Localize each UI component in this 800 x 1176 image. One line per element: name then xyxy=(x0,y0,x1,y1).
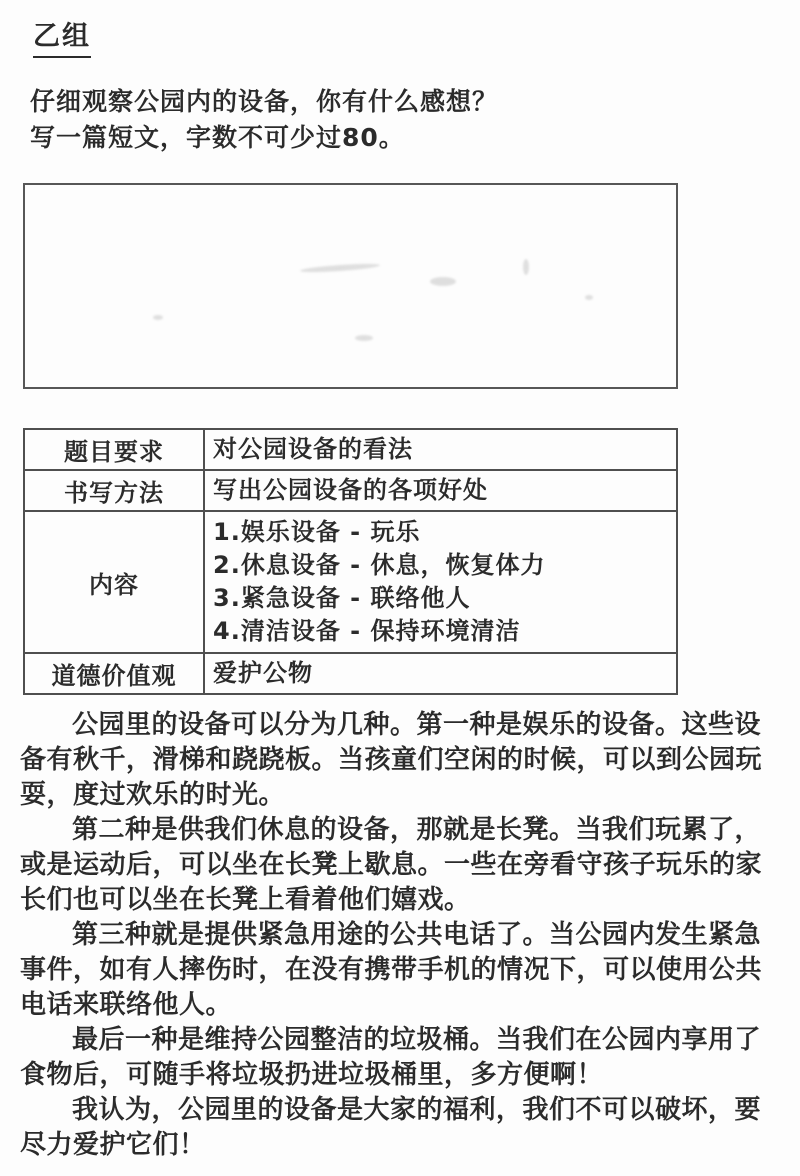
essay-paragraph-1: 公园里的设备可以分为几种。第一种是娱乐的设备。这些设备有秋千，滑梯和跷跷板。当孩… xyxy=(20,708,784,813)
worksheet-page: 乙组 仔细观察公园内的设备，你有什么感想？ 写一篇短文，字数不可少过80。 题目… xyxy=(0,0,800,1176)
table-row-content: 内容 1.娱乐设备 - 玩乐 2.休息设备 - 休息，恢复体力 3.紧急设备 -… xyxy=(24,511,677,653)
row-label: 内容 xyxy=(24,511,204,653)
row-content: 爱护公物 xyxy=(204,653,677,694)
row-content: 1.娱乐设备 - 玩乐 2.休息设备 - 休息，恢复体力 3.紧急设备 - 联络… xyxy=(204,511,677,653)
row-label: 道德价值观 xyxy=(24,653,204,694)
table-row-method: 书写方法 写出公园设备的各项好处 xyxy=(24,470,677,511)
row-content: 写出公园设备的各项好处 xyxy=(204,470,677,511)
row-content-line: 对公园设备的看法 xyxy=(213,433,672,466)
row-content-line: 3.紧急设备 - 联络他人 xyxy=(213,582,672,615)
essay-paragraph-5: 我认为，公园里的设备是大家的福利，我们不可以破坏，要尽力爱护它们！ xyxy=(20,1093,784,1163)
instruction-line-1: 仔细观察公园内的设备，你有什么感想？ xyxy=(30,84,498,120)
scan-smudge xyxy=(355,335,373,341)
instructions: 仔细观察公园内的设备，你有什么感想？ 写一篇短文，字数不可少过80。 xyxy=(30,84,498,156)
table-row-values: 道德价值观 爱护公物 xyxy=(24,653,677,694)
essay-paragraph-2: 第二种是供我们休息的设备，那就是长凳。当我们玩累了，或是运动后，可以坐在长凳上歇… xyxy=(20,813,784,918)
essay-paragraph-3: 第三种就是提供紧急用途的公共电话了。当公园内发生紧急事件，如有人摔伤时，在没有携… xyxy=(20,918,784,1023)
answer-box xyxy=(23,183,678,389)
instruction-line-2: 写一篇短文，字数不可少过80。 xyxy=(30,120,498,156)
guide-table: 题目要求 对公园设备的看法 书写方法 写出公园设备的各项好处 内容 1.娱乐设备… xyxy=(23,428,678,695)
essay-paragraph-4: 最后一种是维持公园整洁的垃圾桶。当我们在公园内享用了食物后，可随手将垃圾扔进垃圾… xyxy=(20,1023,784,1093)
row-label: 题目要求 xyxy=(24,429,204,470)
row-content: 对公园设备的看法 xyxy=(204,429,677,470)
row-content-line: 写出公园设备的各项好处 xyxy=(213,474,672,507)
row-label: 书写方法 xyxy=(24,470,204,511)
scan-smudge xyxy=(430,277,456,286)
scan-smudge xyxy=(153,315,163,320)
page-title: 乙组 xyxy=(33,14,91,58)
row-content-line: 4.清洁设备 - 保持环境清洁 xyxy=(213,615,672,648)
scan-smudge xyxy=(523,259,529,275)
table-row-topic: 题目要求 对公园设备的看法 xyxy=(24,429,677,470)
row-content-line: 1.娱乐设备 - 玩乐 xyxy=(213,516,672,549)
scan-smudge xyxy=(300,262,380,274)
row-content-line: 爱护公物 xyxy=(213,657,672,690)
essay: 公园里的设备可以分为几种。第一种是娱乐的设备。这些设备有秋千，滑梯和跷跷板。当孩… xyxy=(20,708,784,1163)
scan-smudge xyxy=(585,295,593,300)
row-content-line: 2.休息设备 - 休息，恢复体力 xyxy=(213,549,672,582)
